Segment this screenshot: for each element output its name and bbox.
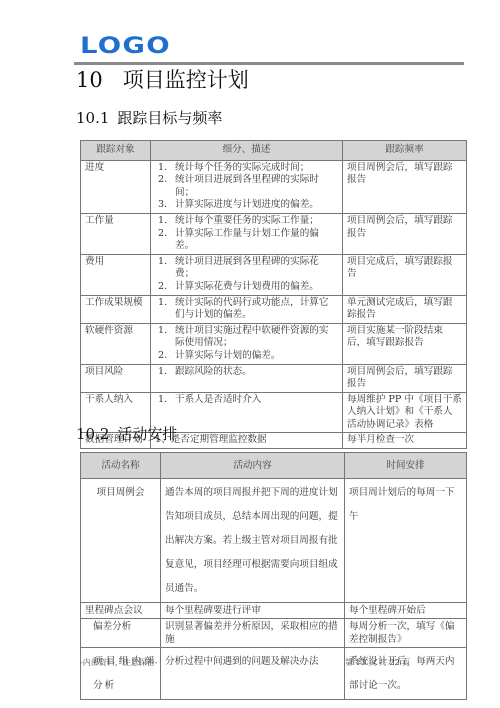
tracking-frequency: 每半月检查一次: [343, 433, 467, 449]
section-title: 活动安排: [117, 425, 177, 443]
tracking-frequency: 单元测试完成后，填写跟踪报告: [343, 295, 467, 323]
tracking-description: 1.干系人是否适时介入: [151, 392, 343, 433]
activity-schedule: 每个里程碑开始后: [345, 603, 467, 619]
tracking-object: 工作成果规模: [81, 295, 151, 323]
tracking-object: 工作量: [81, 213, 151, 254]
table-row: 偏差分析 识别显著偏差并分析原因，采取相应的措施 每周分析一次，填写《偏差控制报…: [81, 619, 467, 648]
tracking-description: 1、是否定期管理监控数据: [151, 433, 343, 449]
tracking-description: 1.统计每个任务的实际完成时间； 2.统计项目进展到各里程碑的实际时间； 3.计…: [151, 160, 343, 213]
tracking-frequency: 项目周例会后，填写跟踪报告: [343, 213, 467, 254]
column-header: 跟踪频率: [343, 141, 467, 161]
tracking-description: 1.统计项目实施过程中软硬件资源的实际使用情况； 2.计算实际与计划的偏差。: [151, 323, 343, 364]
column-header: 活动内容: [161, 453, 345, 479]
chapter-title: 10项目监控计划: [76, 66, 249, 94]
section-heading-tracking: 10.1跟踪目标与频率: [76, 108, 222, 128]
activity-name: 里程碑点会议: [81, 603, 161, 619]
footer-confidential: -内部资料，注意保密-: [80, 657, 157, 668]
table-header-row: 跟踪对象 细分、描述 跟踪频率: [81, 141, 467, 161]
activity-schedule: 项目周计划后的每周一下午: [345, 479, 467, 603]
table-row: 项目风险 1.跟踪风险的状态。 项目周例会后，填写跟踪报告: [81, 364, 467, 392]
tracking-object: 费用: [81, 254, 151, 295]
table-row: 进度 1.统计每个任务的实际完成时间； 2.统计项目进展到各里程碑的实际时间； …: [81, 160, 467, 213]
tracking-frequency: 项目周例会后，填写跟踪报告: [343, 160, 467, 213]
chapter-title-text: 项目监控计划: [123, 68, 249, 92]
table-row: 项目周例会 通告本周的项目周报并把下周的进度计划告知项目成员，总结本周出现的问题…: [81, 479, 467, 603]
section-heading-activities: 10.2活动安排: [76, 424, 177, 444]
tracking-frequency: 项目周例会后，填写跟踪报告: [343, 364, 467, 392]
section-number: 10.2: [76, 425, 109, 443]
table-row: 费用 1.统计项目进展到各里程碑的实际花费； 2.计算实际花费与计划费用的偏差。…: [81, 254, 467, 295]
tracking-description: 1.统计项目进展到各里程碑的实际花费； 2.计算实际花费与计划费用的偏差。: [151, 254, 343, 295]
activity-schedule: 系统设计开后，每两天内部讨论一次。: [345, 648, 467, 700]
tracking-object: 进度: [81, 160, 151, 213]
column-header: 细分、描述: [151, 141, 343, 161]
tracking-object: 项目风险: [81, 364, 151, 392]
column-header: 时间安排: [345, 453, 467, 479]
activity-content: 识别显著偏差并分析原因，采取相应的措施: [161, 619, 345, 648]
activity-content: 通告本周的项目周报并把下周的进度计划告知项目成员，总结本周出现的问题，提出解决方…: [161, 479, 345, 603]
table-row: 项目组内部分析 分析过程中间遇到的问题及解决办法 系统设计开后，每两天内部讨论一…: [81, 648, 467, 700]
table-header-row: 活动名称 活动内容 时间安排: [81, 453, 467, 479]
logo: LOGO: [80, 36, 171, 58]
activity-schedule: 每周分析一次，填写《偏差控制报告》: [345, 619, 467, 648]
tracking-description: 1.统计实际的代码行或功能点，计算它们与计划的偏差。: [151, 295, 343, 323]
footer-page-number: 第 13 页 共 22 页: [345, 657, 410, 668]
section-title: 跟踪目标与频率: [117, 109, 222, 127]
activity-content: 每个里程碑要进行评审: [161, 603, 345, 619]
tracking-frequency: 每周维护 PP 中《项目干系人纳入计划》和《干系人活动协调记录》表格: [343, 392, 467, 433]
activity-name: 偏差分析: [81, 619, 161, 648]
table-row: 里程碑点会议 每个里程碑要进行评审 每个里程碑开始后: [81, 603, 467, 619]
tracking-description: 1.统计每个重要任务的实际工作量； 2.计算实际工作量与计划工作量的偏差。: [151, 213, 343, 254]
table-row: 软硬件资源 1.统计项目实施过程中软硬件资源的实际使用情况； 2.计算实际与计划…: [81, 323, 467, 364]
column-header: 跟踪对象: [81, 141, 151, 161]
section-number: 10.1: [76, 109, 109, 127]
tracking-description: 1.跟踪风险的状态。: [151, 364, 343, 392]
activity-name: 项目组内部分析: [81, 648, 161, 700]
tracking-frequency: 项目实施某一阶段结束后，填写跟踪报告: [343, 323, 467, 364]
column-header: 活动名称: [81, 453, 161, 479]
activity-name: 项目周例会: [81, 479, 161, 603]
tracking-table: 跟踪对象 细分、描述 跟踪频率 进度 1.统计每个任务的实际完成时间； 2.统计…: [80, 140, 467, 449]
table-row: 工作量 1.统计每个重要任务的实际工作量； 2.计算实际工作量与计划工作量的偏差…: [81, 213, 467, 254]
tracking-frequency: 项目完成后，填写跟踪报告: [343, 254, 467, 295]
header-divider: [74, 62, 464, 65]
activity-content: 分析过程中间遇到的问题及解决办法: [161, 648, 345, 700]
table-row: 工作成果规模 1.统计实际的代码行或功能点，计算它们与计划的偏差。 单元测试完成…: [81, 295, 467, 323]
tracking-object: 软硬件资源: [81, 323, 151, 364]
chapter-number: 10: [76, 68, 103, 92]
